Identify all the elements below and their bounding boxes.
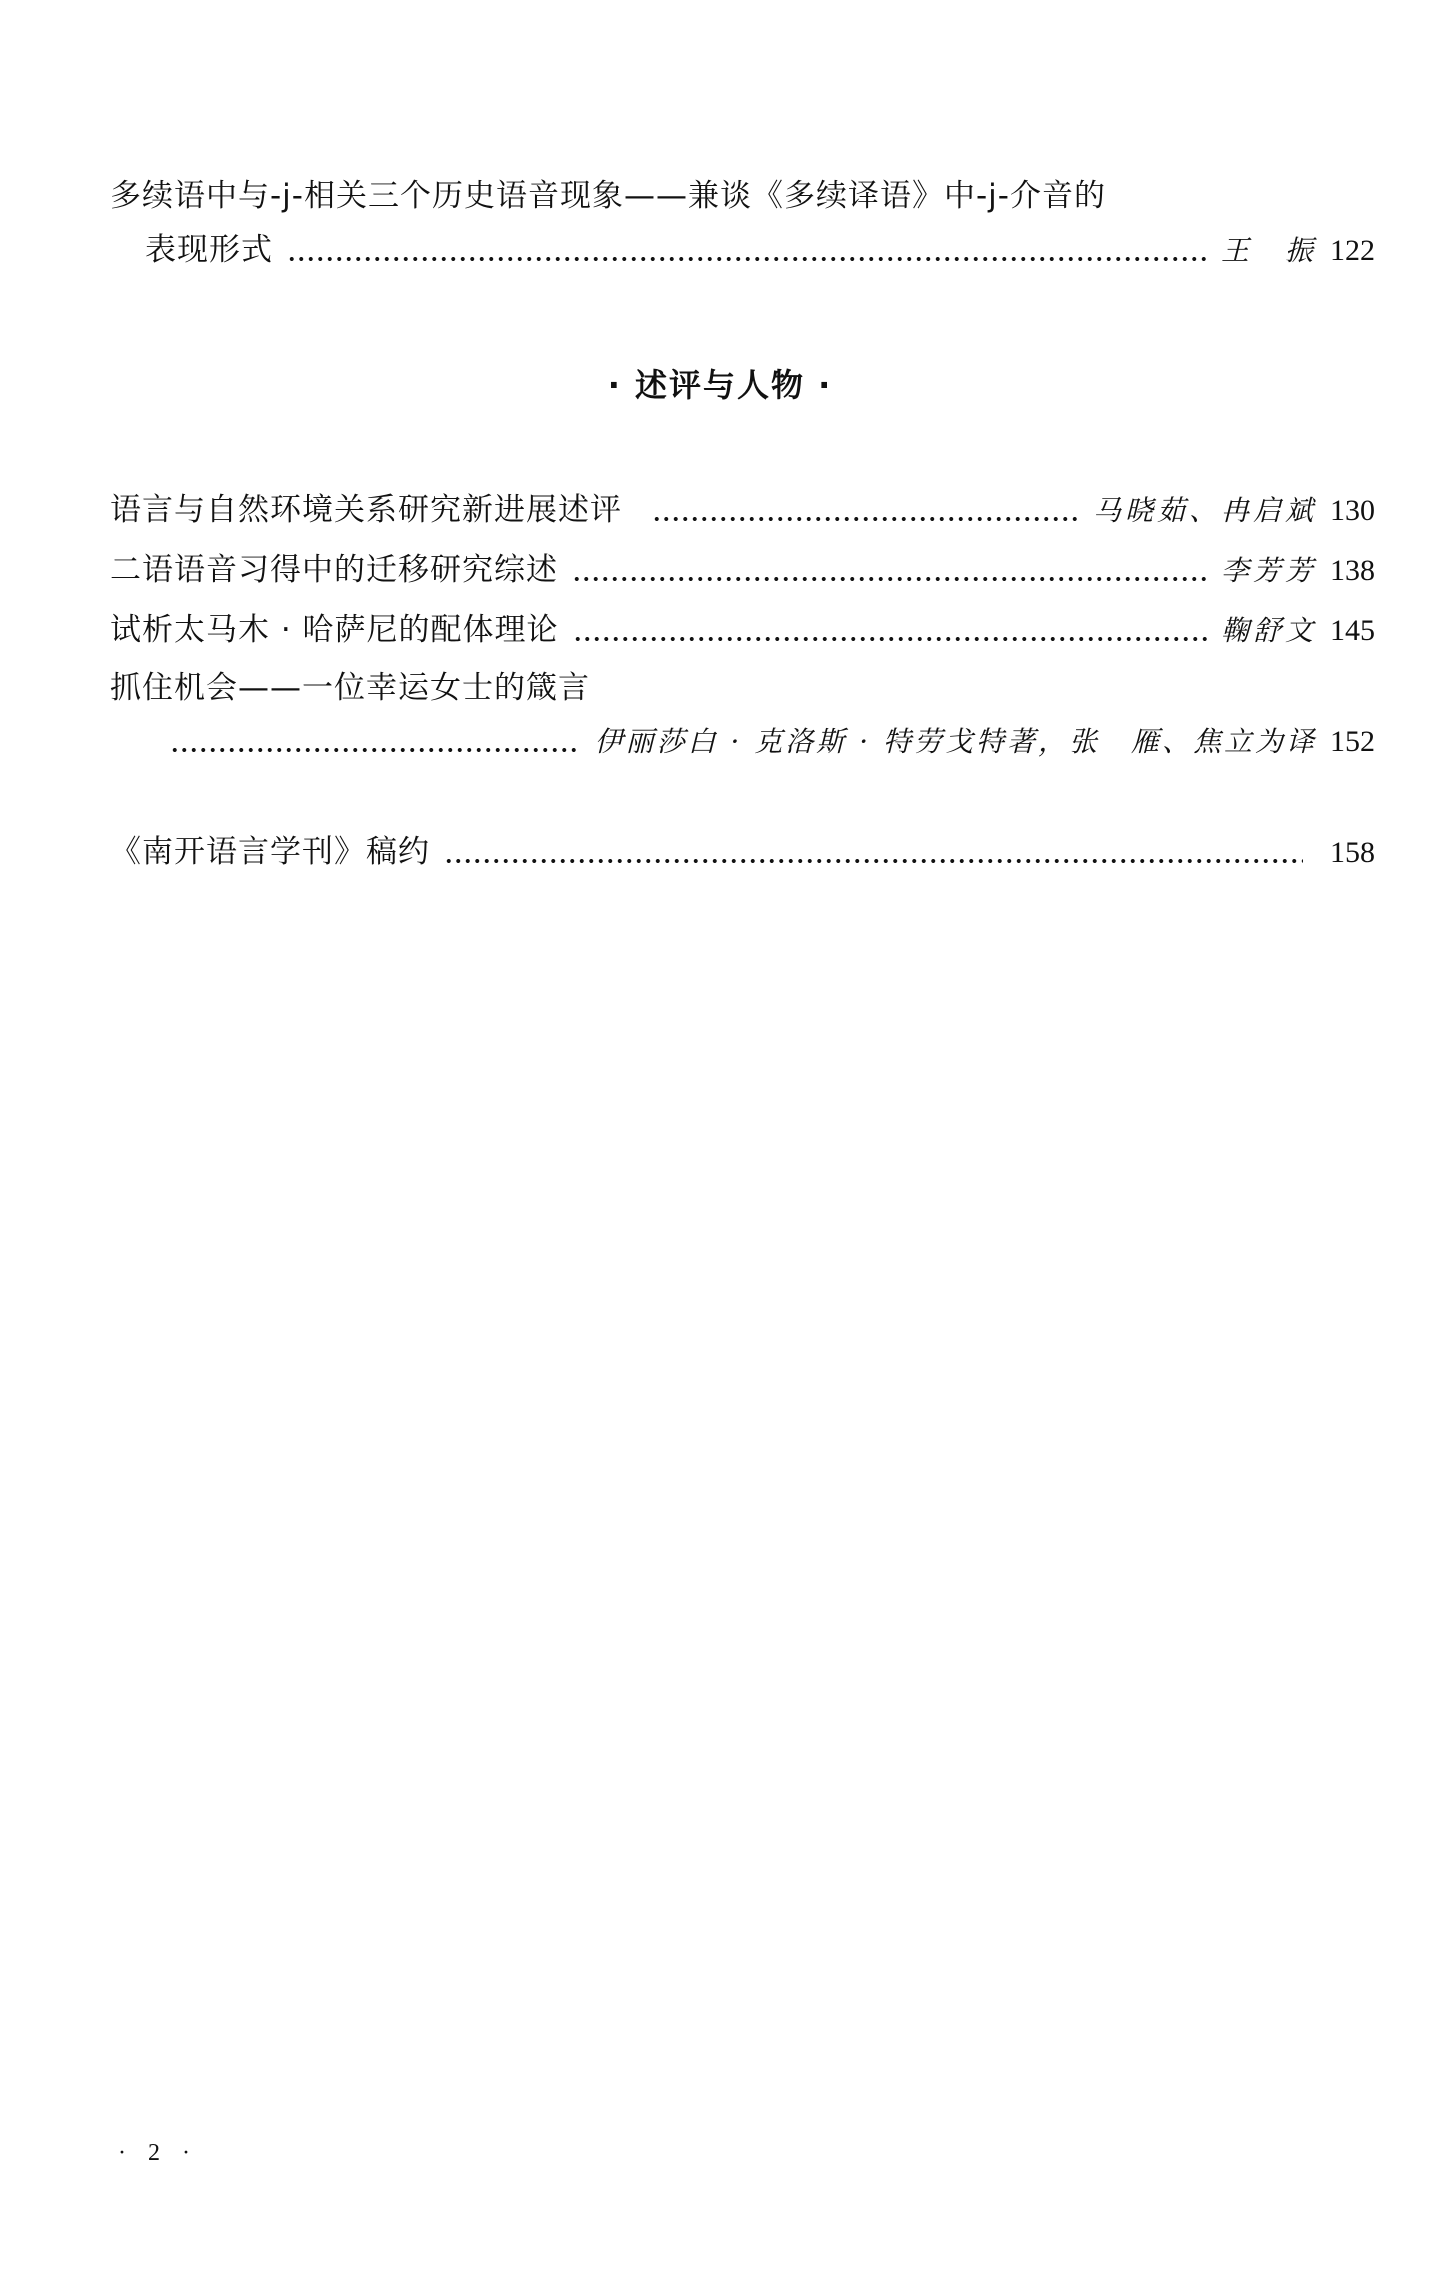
entry-page: 158 (1327, 833, 1375, 873)
leader-dots (572, 576, 1207, 582)
toc-entry: 语言与自然环境关系研究新进展述评 马晓茹、冉启斌 130 (110, 490, 1375, 531)
entry-title: 试析太马木 · 哈萨尼的配体理论 (110, 610, 559, 650)
section-heading: · 述评与人物 · (0, 360, 1440, 406)
entry-title: 抓住机会——一位幸运女士的箴言 (110, 668, 590, 708)
leader-dots (444, 858, 1303, 864)
entry-line2: 表现形式 王 振 122 (145, 230, 1375, 271)
entry-page: 145 (1327, 611, 1375, 651)
entry-page: 152 (1327, 722, 1375, 762)
toc-entry: 伊丽莎白 · 克洛斯 · 特劳戈特著，张 雁、焦立为译 152 (170, 722, 1375, 762)
leader-dots (170, 747, 581, 753)
entry-author: 伊丽莎白 · 克洛斯 · 特劳戈特著，张 雁、焦立为译 (595, 722, 1317, 762)
entry-page: 138 (1327, 551, 1375, 591)
leader-dots (573, 636, 1207, 642)
toc-entry: 《南开语言学刊》稿约 158 (110, 832, 1375, 873)
entry-title-line2: 表现形式 (145, 230, 273, 270)
toc-entry: 二语语音习得中的迁移研究综述 李芳芳 138 (110, 550, 1375, 591)
entry-title: 语言与自然环境关系研究新进展述评 (110, 490, 622, 530)
entry-author: 鞠舒文 (1221, 611, 1317, 651)
leader-dots (652, 516, 1079, 522)
entry-title: 《南开语言学刊》稿约 (110, 832, 430, 872)
toc-entry: 试析太马木 · 哈萨尼的配体理论 鞠舒文 145 (110, 610, 1375, 651)
entry-title-line1: 多续语中与-j-相关三个历史语音现象——兼谈《多续译语》中-j-介音的 (110, 176, 1106, 216)
entry-author: 马晓茹、冉启斌 (1093, 491, 1317, 531)
entry-page: 130 (1327, 491, 1375, 531)
entry-author: 李芳芳 (1221, 551, 1317, 591)
leader-dots (287, 256, 1207, 262)
entry-page: 122 (1327, 231, 1375, 271)
entry-author: 王 振 (1221, 231, 1317, 271)
page-number: · 2 · (118, 2140, 198, 2167)
entry-title: 二语语音习得中的迁移研究综述 (110, 550, 558, 590)
